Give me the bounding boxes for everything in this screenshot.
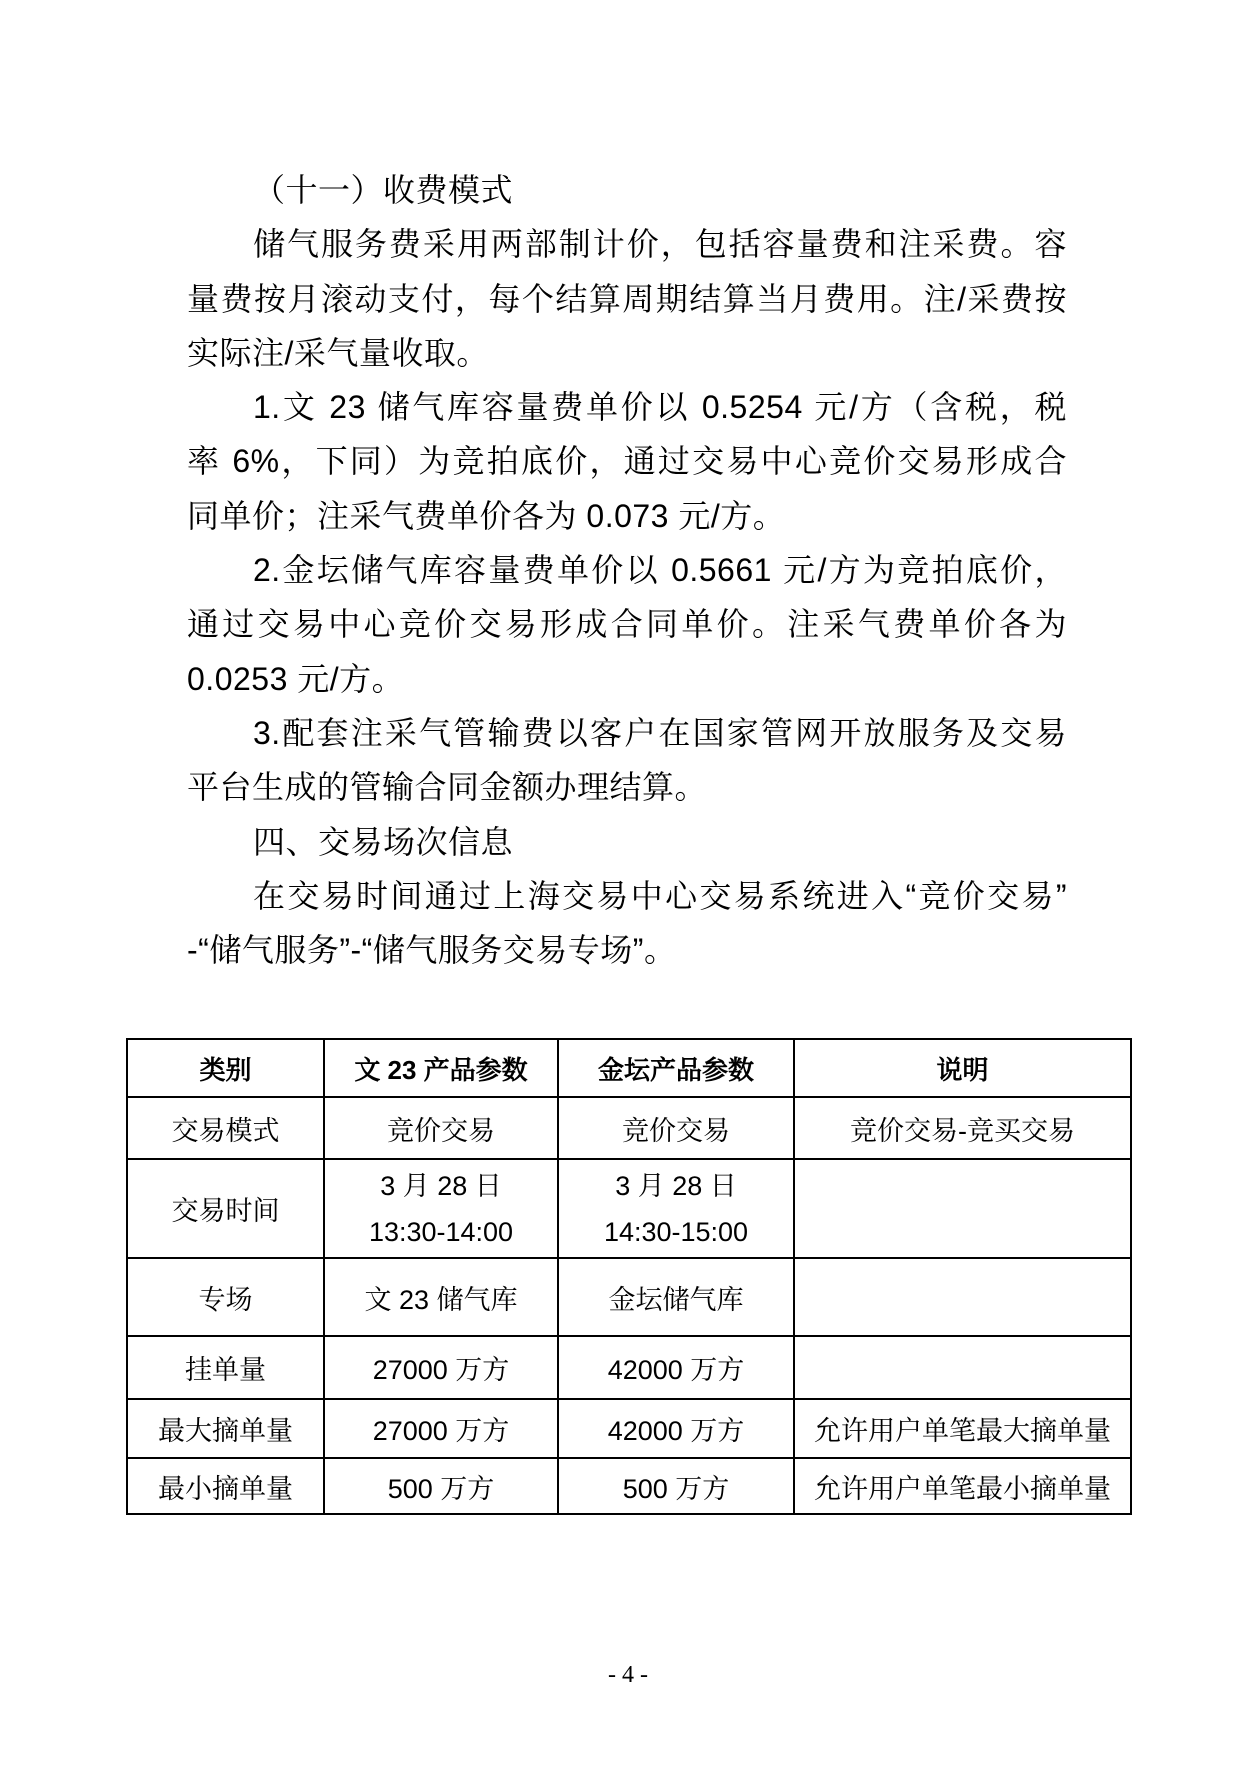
table-cell-note: 竞价交易-竞买交易 (794, 1097, 1131, 1159)
heading-session-info: 四、交易场次信息 (187, 815, 1067, 869)
table-header-row: 类别 文 23 产品参数 金坛产品参数 说明 (127, 1039, 1131, 1097)
text-line: 率 6%，下同）为竞拍底价，通过交易中心竞价交易形成合 (187, 434, 1067, 488)
table-row: 最小摘单量 500 万方 500 万方 允许用户单笔最小摘单量 (127, 1458, 1131, 1514)
time-line: 14:30-15:00 (559, 1209, 793, 1255)
text-line: 0.0253 元/方。 (187, 652, 1067, 706)
date-line: 3 月 28 日 (325, 1163, 557, 1209)
document-page: { "page": { "background_color": "#ffffff… (0, 0, 1256, 1777)
table-cell-category: 最大摘单量 (127, 1399, 324, 1458)
table-row: 交易时间 3 月 28 日 13:30-14:00 3 月 28 日 14:30… (127, 1159, 1131, 1258)
table-cell-category: 专场 (127, 1258, 324, 1336)
text-line: -“储气服务”-“储气服务交易专场”。 (187, 923, 1067, 977)
table-cell-jintan: 42000 万方 (558, 1336, 794, 1399)
table-cell-wen23: 27000 万方 (324, 1399, 558, 1458)
table-cell-category: 交易模式 (127, 1097, 324, 1159)
document-body: （十一）收费模式 储气服务费采用两部制计价，包括容量费和注采费。容 量费按月滚动… (187, 163, 1067, 977)
table-cell-wen23: 竞价交易 (324, 1097, 558, 1159)
text-line: 1.文 23 储气库容量费单价以 0.5254 元/方（含税，税 (187, 380, 1067, 434)
table-row: 交易模式 竞价交易 竞价交易 竞价交易-竞买交易 (127, 1097, 1131, 1159)
table-cell-note: 允许用户单笔最大摘单量 (794, 1399, 1131, 1458)
table-cell-jintan: 竞价交易 (558, 1097, 794, 1159)
table-row: 挂单量 27000 万方 42000 万方 (127, 1336, 1131, 1399)
table-row: 专场 文 23 储气库 金坛储气库 (127, 1258, 1131, 1336)
table-cell-jintan: 42000 万方 (558, 1399, 794, 1458)
session-info-table: 类别 文 23 产品参数 金坛产品参数 说明 交易模式 竞价交易 竞价交易 竞价… (126, 1038, 1132, 1515)
text-line: 实际注/采气量收取。 (187, 326, 1067, 380)
heading-charging-mode: （十一）收费模式 (187, 163, 1067, 217)
col-header-wen23: 文 23 产品参数 (324, 1039, 558, 1097)
table-cell-jintan: 金坛储气库 (558, 1258, 794, 1336)
text-line: 量费按月滚动支付，每个结算周期结算当月费用。注/采费按 (187, 272, 1067, 326)
table-cell-category: 交易时间 (127, 1159, 324, 1258)
text-line: 平台生成的管输合同金额办理结算。 (187, 760, 1067, 814)
col-header-jintan: 金坛产品参数 (558, 1039, 794, 1097)
table-cell-category: 最小摘单量 (127, 1458, 324, 1514)
page-number: - 4 - (0, 1662, 1256, 1688)
table-cell-note (794, 1159, 1131, 1258)
text-line: 2.金坛储气库容量费单价以 0.5661 元/方为竞拍底价， (187, 543, 1067, 597)
table-cell-note (794, 1258, 1131, 1336)
text-line: 储气服务费采用两部制计价，包括容量费和注采费。容 (187, 217, 1067, 271)
col-header-note: 说明 (794, 1039, 1131, 1097)
text-line: 3.配套注采气管输费以客户在国家管网开放服务及交易 (187, 706, 1067, 760)
text-line: 通过交易中心竞价交易形成合同单价。注采气费单价各为 (187, 597, 1067, 651)
table-cell-jintan: 500 万方 (558, 1458, 794, 1514)
text-line: 在交易时间通过上海交易中心交易系统进入“竞价交易” (187, 869, 1067, 923)
table-cell-wen23: 500 万方 (324, 1458, 558, 1514)
table-cell-wen23: 27000 万方 (324, 1336, 558, 1399)
table-cell-note (794, 1336, 1131, 1399)
table-cell-category: 挂单量 (127, 1336, 324, 1399)
time-line: 13:30-14:00 (325, 1209, 557, 1255)
table-cell-wen23: 3 月 28 日 13:30-14:00 (324, 1159, 558, 1258)
col-header-category: 类别 (127, 1039, 324, 1097)
table-cell-wen23: 文 23 储气库 (324, 1258, 558, 1336)
text-line: 同单价；注采气费单价各为 0.073 元/方。 (187, 489, 1067, 543)
table-cell-note: 允许用户单笔最小摘单量 (794, 1458, 1131, 1514)
table-row: 最大摘单量 27000 万方 42000 万方 允许用户单笔最大摘单量 (127, 1399, 1131, 1458)
table-cell-jintan: 3 月 28 日 14:30-15:00 (558, 1159, 794, 1258)
date-line: 3 月 28 日 (559, 1163, 793, 1209)
